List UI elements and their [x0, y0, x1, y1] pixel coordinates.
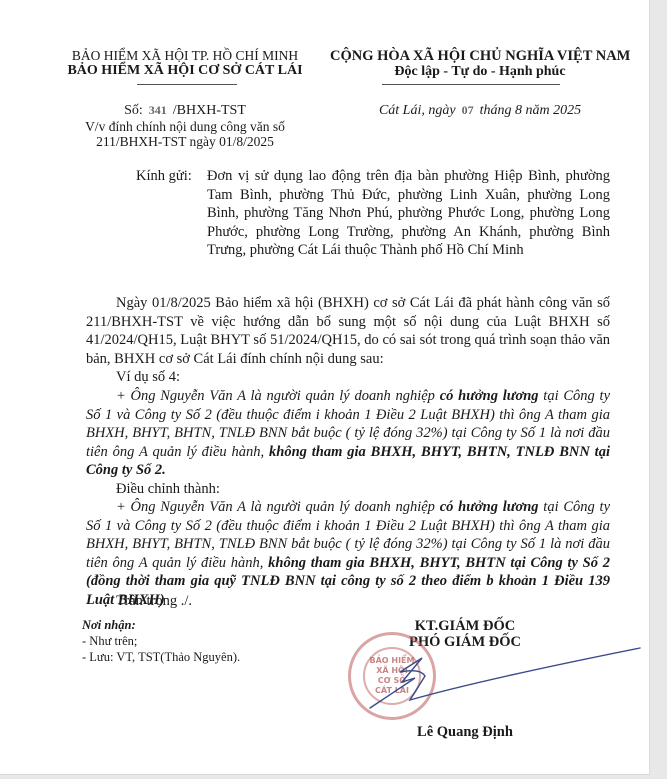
document-number: Số:341/BHXH-TST: [60, 103, 310, 119]
example-label: Ví dụ số 4:: [86, 368, 610, 387]
subject-line-2: 211/BHXH-TST ngày 01/8/2025: [60, 134, 310, 150]
date-day: 07: [462, 103, 474, 117]
signer-title-1: KT.GIÁM ĐỐC: [390, 618, 540, 635]
divider-right: [382, 84, 560, 85]
so-number: 341: [149, 103, 167, 117]
receiver-item: - Như trên;: [82, 634, 137, 649]
org-name: BẢO HIỂM XÃ HỘI CƠ SỞ CÁT LÁI: [56, 63, 314, 79]
recipient-label: Kính gửi:: [136, 167, 192, 186]
receiver-item: - Lưu: VT, TST(Thảo Nguyên).: [82, 650, 240, 665]
document-date: Cát Lái, ngày07tháng 8 năm 2025: [330, 103, 630, 119]
signer-name: Lê Quang Định: [390, 724, 540, 741]
correction-label: Điều chỉnh thành:: [86, 480, 610, 499]
so-suffix: /BHXH-TST: [173, 103, 246, 118]
divider-left: [137, 84, 237, 85]
recipient-text: Đơn vị sử dụng lao động trên địa bàn phư…: [207, 167, 610, 260]
receivers-label: Nơi nhận:: [82, 618, 136, 633]
document-page: BẢO HIỂM XÃ HỘI TP. HỒ CHÍ MINH BẢO HIỂM…: [0, 0, 650, 775]
so-label: Số:: [124, 103, 143, 118]
subject-line-1: V/v đính chính nội dung công văn số: [60, 119, 310, 135]
recipient-block: Kính gửi: Đơn vị sử dụng lao động trên đ…: [136, 167, 610, 260]
handwritten-signature-icon: [360, 640, 650, 720]
example-paragraph: + Ông Nguyễn Văn A là người quản lý doan…: [86, 387, 610, 480]
national-title: CỘNG HÒA XÃ HỘI CHỦ NGHĨA VIỆT NAM: [330, 48, 630, 65]
intro-paragraph: Ngày 01/8/2025 Bảo hiểm xã hội (BHXH) cơ…: [86, 294, 610, 368]
motto: Độc lập - Tự do - Hạnh phúc: [330, 64, 630, 80]
closing: Trân trọng ./.: [86, 592, 610, 611]
org-parent: BẢO HIỂM XÃ HỘI TP. HỒ CHÍ MINH: [60, 48, 310, 64]
